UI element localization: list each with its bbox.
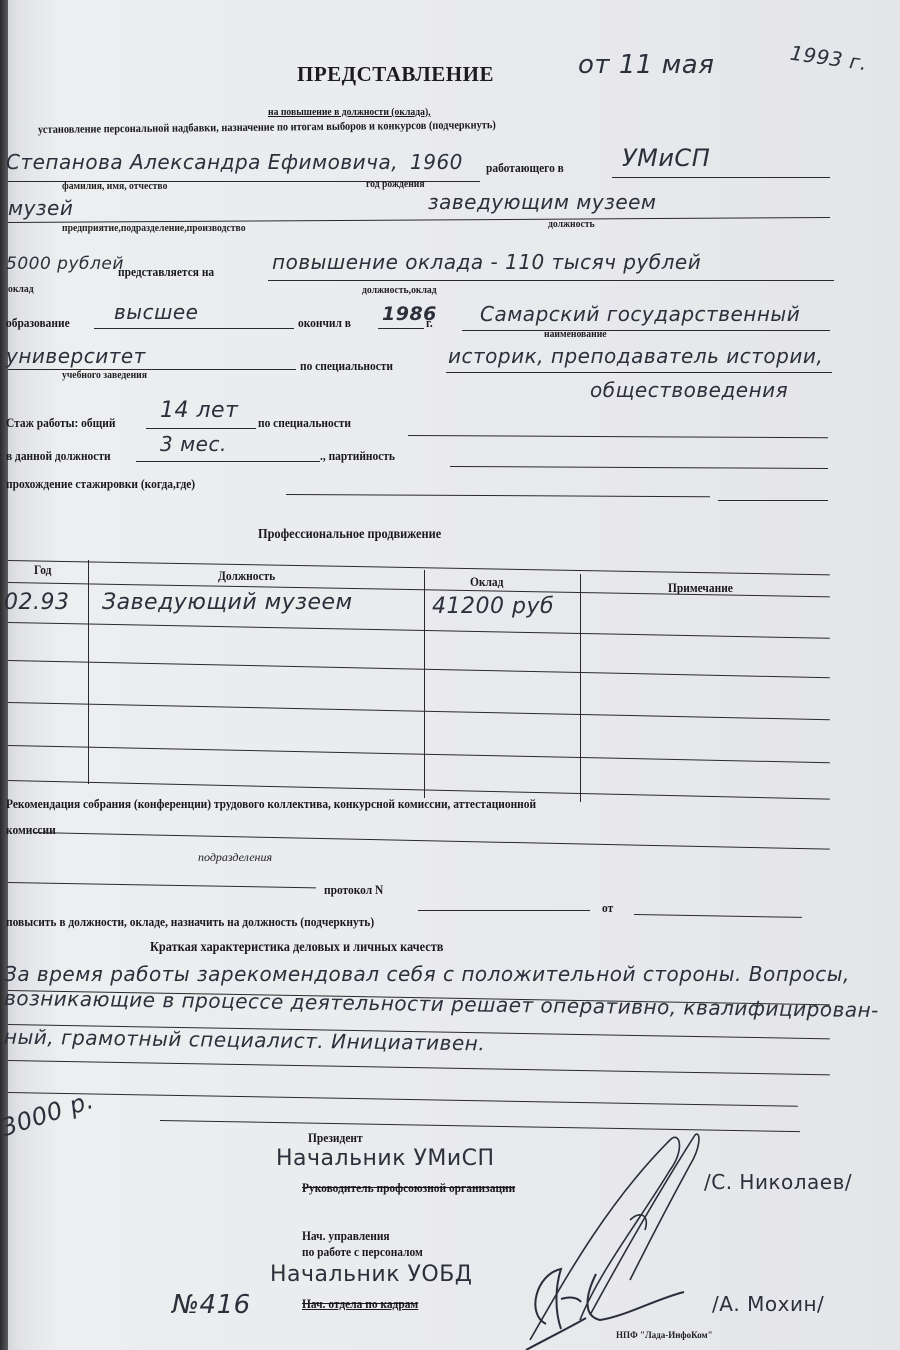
characteristic-line-2: возникающие в процессе деятельности реша… — [4, 986, 879, 1022]
institution-label-1: наименование — [544, 328, 607, 340]
characteristic-line-3: ный, грамотный специалист. Инициативен. — [4, 1025, 485, 1056]
current-position-value: 3 мес. — [160, 432, 227, 456]
current-position-underline — [136, 461, 320, 462]
page-binding-edge — [0, 0, 8, 1350]
characteristic-underline — [8, 1060, 830, 1075]
position-value: заведующим музеем — [428, 190, 657, 214]
graduated-suffix: г. — [426, 315, 433, 331]
enterprise-label: предприятие,подразделение,производство — [62, 222, 246, 234]
experience-total-value: 14 лет — [160, 398, 238, 423]
protocol-label: протокол N — [324, 882, 383, 898]
head-1-printed-struck: Руководитель профсоюзной организации — [302, 1180, 515, 1196]
party-underline — [450, 466, 828, 469]
institution-underline-2 — [8, 369, 296, 370]
recommendation-underline — [34, 832, 830, 850]
head-2-name: /А. Мохин/ — [712, 1292, 824, 1316]
graduated-year-underline — [378, 328, 424, 329]
from-underline — [634, 914, 802, 918]
presented-for-underline — [268, 280, 834, 281]
full-name-value: Степанова Александра Ефимовича, — [6, 150, 398, 174]
specialty-value-2: обществоведения — [590, 378, 788, 402]
recommendation-line-2-prefix: комиссии — [6, 822, 56, 838]
enterprise-value: музей — [8, 196, 73, 220]
graduated-label: окончил в — [298, 315, 351, 331]
experience-specialty-label: по специальности — [258, 415, 351, 431]
table-header-salary: Оклад — [470, 574, 503, 590]
hr-label-1: Нач. управления — [302, 1228, 390, 1244]
recommendation-line-1: Рекомендация собрания (конференции) труд… — [6, 796, 536, 812]
characteristic-line-1: За время работы зарекомендовал себя с по… — [4, 962, 850, 986]
experience-total-label: Стаж работы: общий — [6, 415, 115, 431]
characteristic-underline — [8, 1092, 798, 1107]
document-page: ПРЕДСТАВЛЕНИЕ от 11 мая 1993 г. на повыш… — [0, 0, 900, 1350]
institution-underline-1 — [462, 330, 830, 331]
full-name-label: фамилия, имя, отчество — [62, 180, 167, 192]
document-title: ПРЕДСТАВЛЕНИЕ — [297, 62, 494, 87]
table-header-year: Год — [34, 562, 51, 578]
head-1-name: /С. Николаев/ — [704, 1170, 852, 1194]
head-2-handwritten: Начальник УОБД — [270, 1262, 473, 1287]
row-position: Заведующий музеем — [102, 590, 353, 615]
birth-year-label: год рождения — [366, 178, 425, 190]
purpose-line-2: установление персональной надбавки, назн… — [38, 119, 496, 136]
subdivision-underline — [8, 882, 316, 888]
position-label: должность — [548, 218, 595, 230]
internship-label: прохождение стажировки (когда,где) — [6, 476, 195, 492]
table-header-position: Должность — [218, 568, 275, 584]
purpose-line-1: на повышение в должности (оклада), — [268, 106, 431, 118]
table-row-line — [8, 745, 830, 763]
internship-underline-2 — [718, 500, 828, 501]
recommendation-line-3: повысить в должности, окладе, назначить … — [6, 914, 374, 930]
characteristic-title: Краткая характеристика деловых и личных … — [150, 940, 443, 956]
table-row-line — [8, 702, 830, 720]
row-salary: 41200 руб — [432, 594, 554, 619]
margin-number-note: №416 — [172, 1290, 251, 1320]
margin-amount-note: 3000 р. — [0, 1086, 97, 1142]
education-underline — [94, 328, 294, 329]
presented-for-label: представляется на — [118, 264, 214, 280]
working-in-underline — [612, 177, 830, 178]
specialty-label: по специальности — [300, 358, 393, 374]
specialty-value-1: историк, преподаватель истории, — [448, 344, 823, 368]
table-col-divider — [424, 570, 425, 798]
publisher-footer: НПФ "Лада-ИнфоКом" — [616, 1330, 713, 1340]
experience-specialty-underline — [408, 435, 828, 438]
subdivision-label: подразделения — [198, 850, 272, 865]
table-col-divider — [88, 560, 89, 784]
from-label: от — [602, 900, 613, 916]
salary-label: оклад — [8, 283, 34, 295]
row-year: 02.93 — [4, 590, 69, 615]
salary-prefix-value: 5000 рублей — [6, 254, 124, 274]
career-title: Профессиональное продвижение — [258, 527, 441, 543]
working-in-label: работающего в — [486, 160, 564, 176]
position-salary-label: должность,оклад — [362, 284, 437, 296]
institution-label-2: учебного заведения — [62, 369, 147, 381]
party-label: ., партийность — [320, 448, 395, 464]
internship-underline-1 — [286, 494, 710, 497]
specialty-underline — [446, 372, 832, 373]
year-handwritten: 1993 г. — [789, 41, 869, 76]
experience-total-underline — [146, 428, 256, 429]
table-top-line — [8, 560, 830, 575]
table-row-line — [8, 622, 830, 639]
birth-year-value: 1960 — [410, 150, 463, 174]
hr-label-2: по работе с персоналом — [302, 1244, 423, 1260]
working-in-value: УМиСП — [622, 144, 710, 172]
table-col-divider — [580, 574, 581, 802]
current-position-label: в данной должности — [6, 448, 111, 464]
institution-value-2: университет — [6, 344, 146, 368]
head-1-handwritten: Начальник УМиСП — [276, 1146, 495, 1171]
institution-value-1: Самарский государственный — [480, 302, 800, 326]
table-header-note: Примечание — [668, 580, 733, 596]
education-value: высшее — [114, 300, 198, 324]
head-2-printed-struck: Нач. отдела по кадрам — [302, 1296, 418, 1312]
date-handwritten: от 11 мая — [578, 50, 714, 80]
presented-for-value: повышение оклада - 110 тысяч рублей — [272, 250, 701, 274]
protocol-underline — [418, 910, 590, 911]
president-label: Президент — [308, 1130, 363, 1146]
table-row-line — [8, 660, 830, 678]
education-label: образование — [6, 315, 70, 331]
